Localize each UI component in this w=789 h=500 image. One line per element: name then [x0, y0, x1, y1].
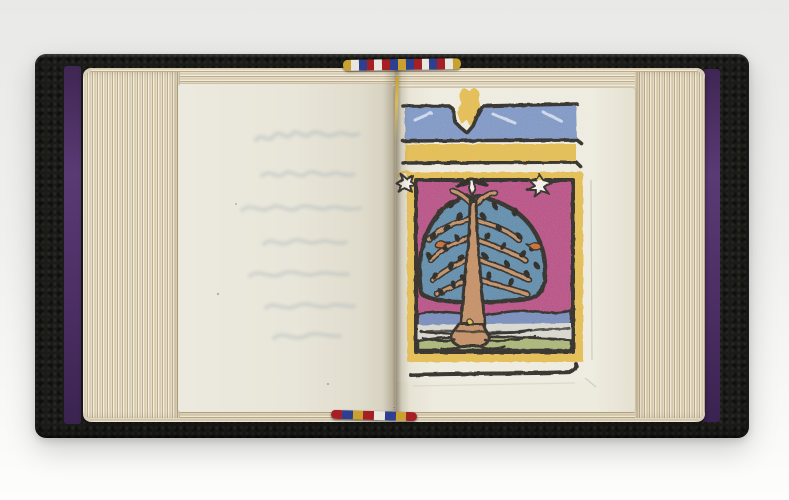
show-through-text: [178, 84, 393, 412]
endband-bead: [331, 410, 342, 419]
endband-bead: [367, 59, 375, 70]
right-page: [395, 88, 635, 412]
fox-spots: [217, 203, 329, 385]
page-edges-left: [83, 72, 180, 418]
endpaper-purple-left: [64, 66, 81, 424]
open-book: [35, 54, 749, 438]
endband-bead: [343, 60, 351, 71]
photo-backdrop: [0, 0, 789, 500]
text-block: [83, 68, 705, 422]
endband-bead: [363, 411, 374, 420]
endband-bead: [390, 59, 398, 70]
endband-bead: [395, 412, 406, 421]
endband-bead: [437, 58, 445, 69]
crayon-texture: [405, 88, 585, 378]
endband-bead: [414, 59, 422, 70]
endband-bead: [352, 410, 363, 419]
endband-bead: [429, 59, 437, 70]
page-edges-right: [635, 72, 705, 418]
endband-bead: [445, 58, 453, 69]
endpaper-purple-right: [703, 69, 720, 422]
endband-bead: [385, 411, 396, 420]
endband-bead: [374, 411, 385, 420]
endband-bead: [382, 59, 390, 70]
endband-bead: [422, 59, 430, 70]
endband-bead: [342, 410, 353, 419]
endband-bead: [351, 60, 359, 71]
tree-miniature: [395, 88, 635, 412]
endband-bead: [374, 59, 382, 70]
endband-bead: [406, 412, 417, 421]
endband-bead: [359, 59, 367, 70]
endband-bead: [398, 59, 406, 70]
endband-bead: [406, 59, 414, 70]
left-page: [178, 84, 393, 412]
endband-top: [343, 58, 461, 71]
